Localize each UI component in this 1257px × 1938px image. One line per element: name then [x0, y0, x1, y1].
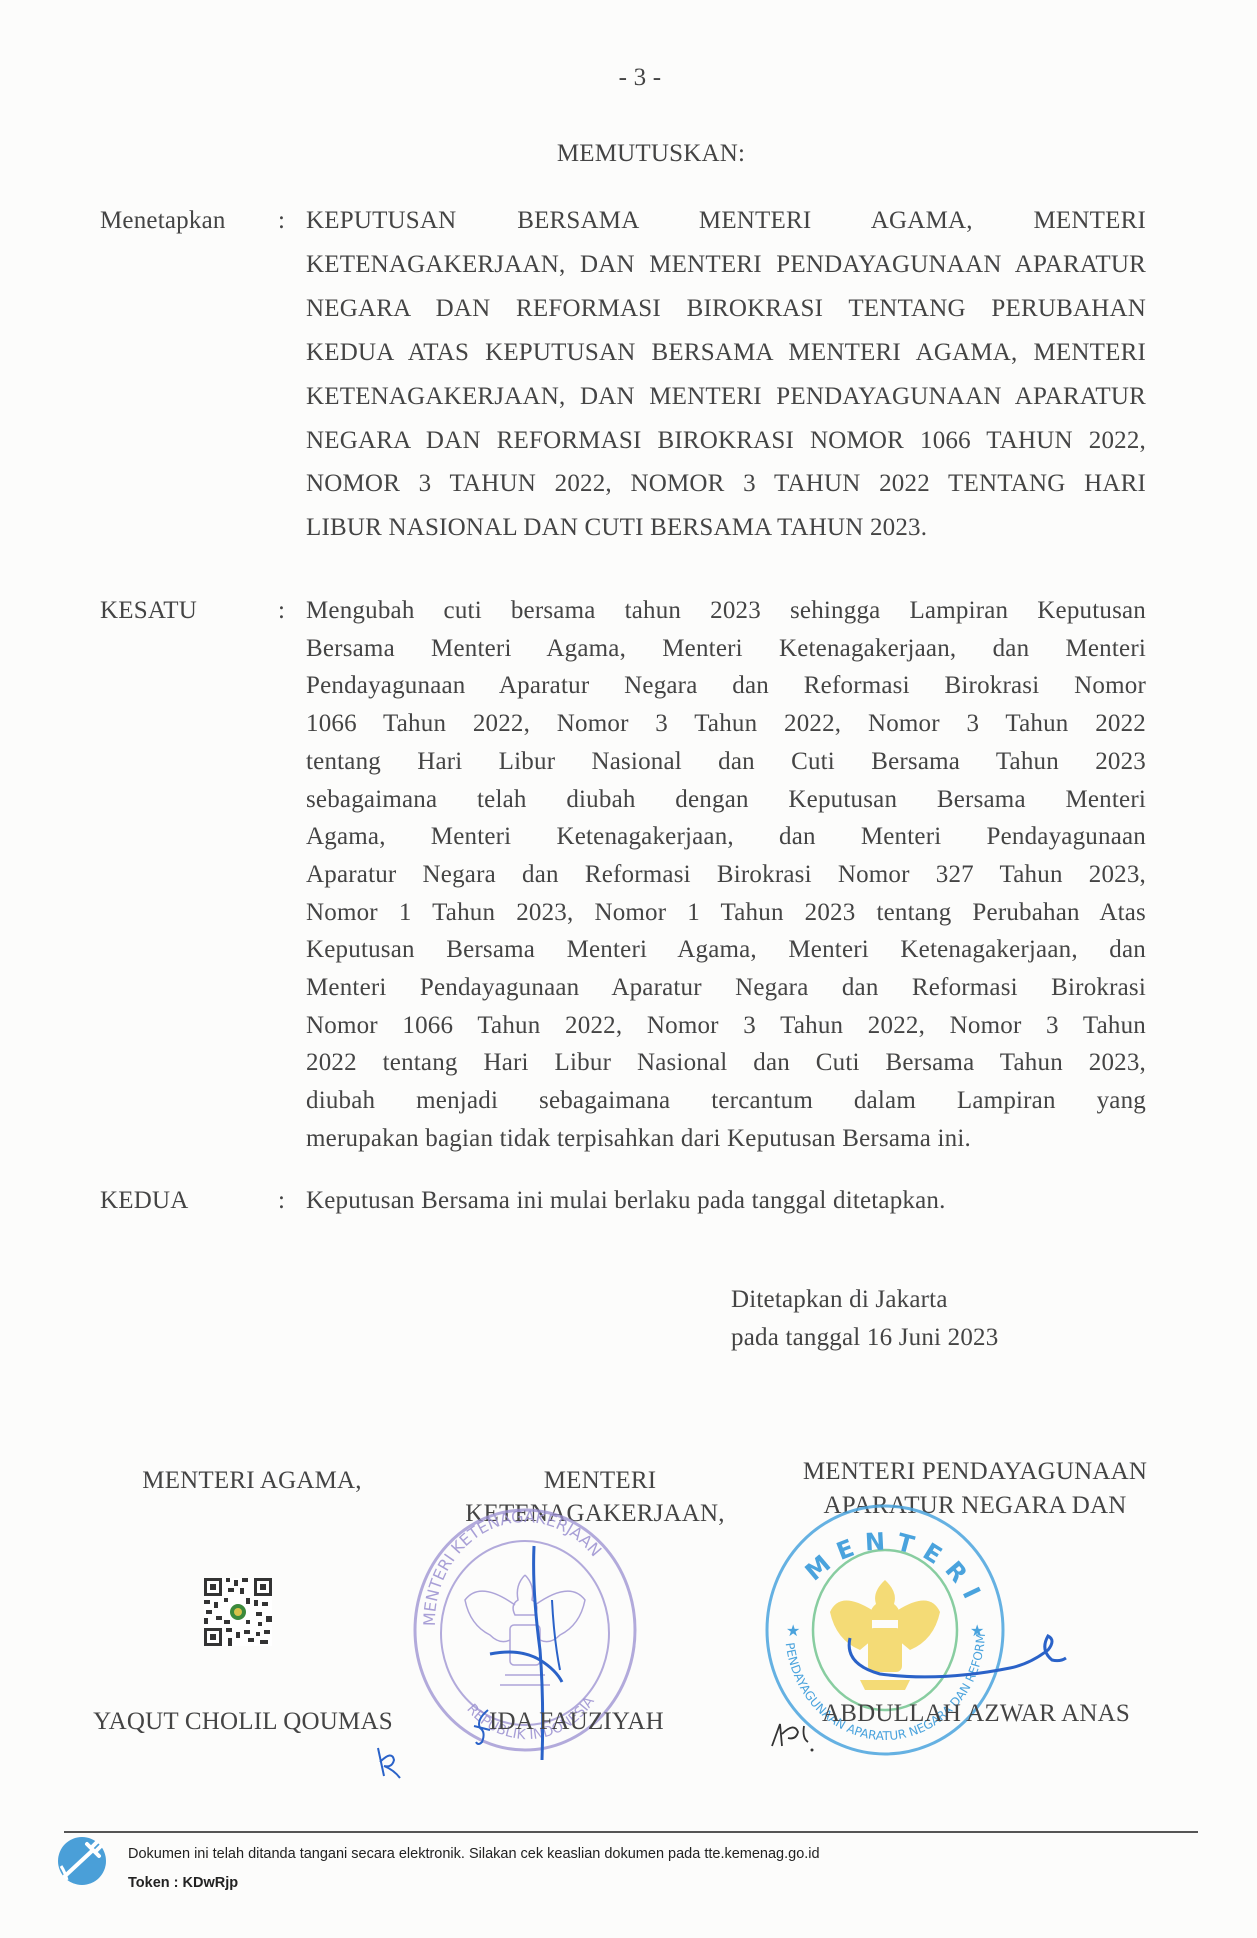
- kesatu-label: KESATU: [100, 597, 197, 625]
- menetapkan-line: NEGARA DAN REFORMASI BIROKRASI NOMOR 106…: [306, 427, 1146, 455]
- kesatu-line: Keputusan Bersama Menteri Agama, Menteri…: [306, 936, 1146, 964]
- kesatu-colon: :: [278, 597, 285, 625]
- handwritten-signature: [820, 1610, 1080, 1700]
- e-signature-key-icon: [57, 1836, 107, 1886]
- kedua-label: KEDUA: [100, 1187, 189, 1215]
- menetapkan-line: NEGARA DAN REFORMASI BIROKRASI TENTANG P…: [306, 295, 1146, 323]
- kesatu-line: Agama, Menteri Ketenagakerjaan, dan Ment…: [306, 823, 1146, 851]
- kesatu-line: Bersama Menteri Agama, Menteri Ketenagak…: [306, 635, 1146, 663]
- kesatu-line: tentang Hari Libur Nasional dan Cuti Ber…: [306, 748, 1146, 776]
- signatory-title: MENTERI PENDAYAGUNAAN: [803, 1458, 1147, 1486]
- menetapkan-colon: :: [278, 207, 285, 235]
- menetapkan-line: LIBUR NASIONAL DAN CUTI BERSAMA TAHUN 20…: [306, 514, 1146, 542]
- page-number: - 3 -: [619, 64, 662, 92]
- kesatu-line: Menteri Pendayagunaan Aparatur Negara da…: [306, 974, 1146, 1002]
- kesatu-line: 1066 Tahun 2022, Nomor 3 Tahun 2022, Nom…: [306, 710, 1146, 738]
- signatory-title: MENTERI AGAMA,: [142, 1467, 361, 1495]
- signatory-title: MENTERI: [544, 1467, 657, 1495]
- initial-mark-icon: [470, 1706, 494, 1750]
- svg-text:★: ★: [786, 1621, 800, 1640]
- kesatu-line: Nomor 1066 Tahun 2022, Nomor 3 Tahun 202…: [306, 1012, 1146, 1040]
- kesatu-line: Nomor 1 Tahun 2023, Nomor 1 Tahun 2023 t…: [306, 899, 1146, 927]
- menetapkan-line: KETENAGAKERJAAN, DAN MENTERI PENDAYAGUNA…: [306, 251, 1146, 279]
- signatory-name: IDA FAUZIYAH: [489, 1708, 664, 1736]
- kesatu-line: 2022 tentang Hari Libur Nasional dan Cut…: [306, 1049, 1146, 1077]
- kesatu-line: Aparatur Negara dan Reformasi Birokrasi …: [306, 861, 1146, 889]
- kesatu-line: sebagaimana telah diubah dengan Keputusa…: [306, 786, 1146, 814]
- signatory-name: YAQUT CHOLIL QOUMAS: [93, 1708, 393, 1736]
- kesatu-line: merupakan bagian tidak terpisahkan dari …: [306, 1125, 1146, 1153]
- signatory-name: ABDULLAH AZWAR ANAS: [822, 1700, 1130, 1728]
- menetapkan-line: NOMOR 3 TAHUN 2022, NOMOR 3 TAHUN 2022 T…: [306, 470, 1146, 498]
- kesatu-line: Pendayagunaan Aparatur Negara dan Reform…: [306, 672, 1146, 700]
- verification-token: Token : KDwRjp: [128, 1875, 238, 1891]
- menetapkan-line: KETENAGAKERJAAN, DAN MENTERI PENDAYAGUNA…: [306, 383, 1146, 411]
- e-signature-notice: Dokumen ini telah ditanda tangani secara…: [128, 1846, 820, 1862]
- menetapkan-line: KEDUA ATAS KEPUTUSAN BERSAMA MENTERI AGA…: [306, 339, 1146, 367]
- menetapkan-label: Menetapkan: [100, 207, 226, 235]
- initial-mark-icon: [370, 1742, 410, 1782]
- kedua-colon: :: [278, 1187, 285, 1215]
- date-of-enactment: pada tanggal 16 Juni 2023: [731, 1324, 998, 1352]
- qr-code-icon: [204, 1578, 272, 1646]
- footer-divider: [64, 1831, 1198, 1833]
- menetapkan-line: KEPUTUSAN BERSAMA MENTERI AGAMA, MENTERI: [306, 207, 1146, 235]
- kedua-text: Keputusan Bersama ini mulai berlaku pada…: [306, 1187, 946, 1215]
- decision-heading: MEMUTUSKAN:: [557, 140, 745, 168]
- initial-mark-icon: [768, 1716, 818, 1756]
- svg-text:MENTERI: MENTERI: [800, 1527, 990, 1612]
- kesatu-line: Mengubah cuti bersama tahun 2023 sehingg…: [306, 597, 1146, 625]
- place-of-enactment: Ditetapkan di Jakarta: [731, 1286, 948, 1314]
- kesatu-line: diubah menjadi sebagaimana tercantum dal…: [306, 1087, 1146, 1115]
